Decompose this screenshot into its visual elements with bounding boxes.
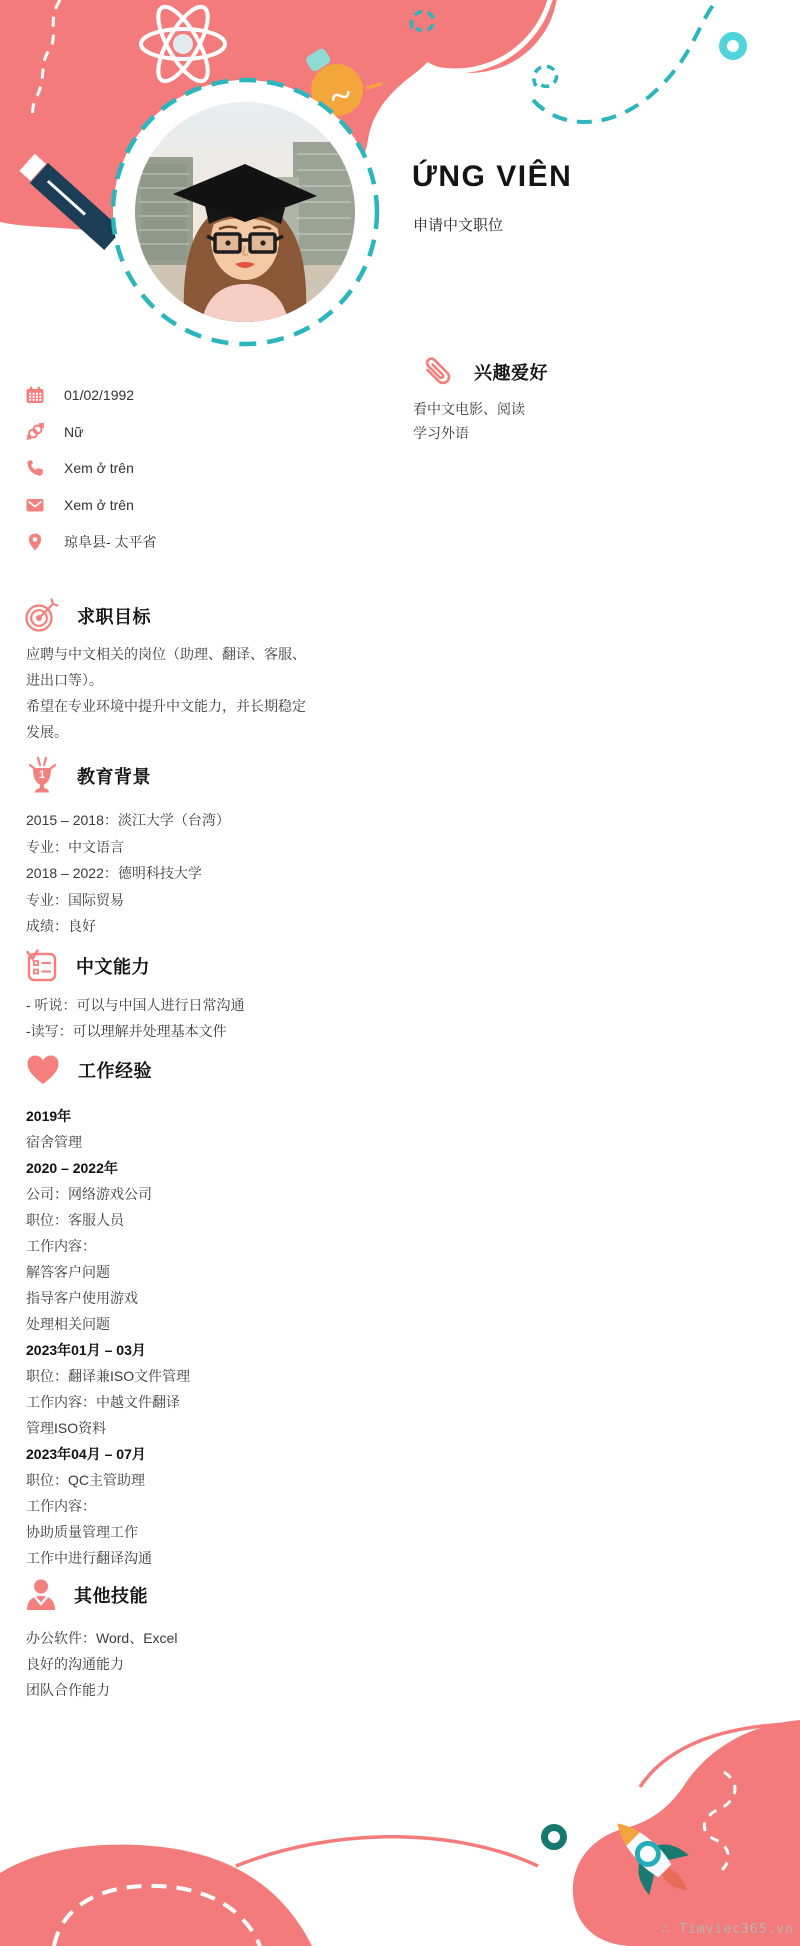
objective-line: 应聘与中文相关的岗位（助理、翻译、客服、 xyxy=(26,641,306,667)
education-line: 专业：国际贸易 xyxy=(26,887,230,914)
section-education-body: 2015 – 2018：淡江大学（台湾） 专业：中文语言 2018 – 2022… xyxy=(26,807,230,940)
experience-line: 职位：客服人员 xyxy=(26,1207,190,1233)
contact-row-birthday: 01/02/1992 xyxy=(26,377,157,414)
coral-dome-bottom-left xyxy=(0,1845,312,1946)
birthday-value: 01/02/1992 xyxy=(64,387,134,403)
experience-line: 处理相关问题 xyxy=(26,1311,190,1337)
experience-line: 工作内容： xyxy=(26,1493,190,1519)
applied-position: 申请中文职位 xyxy=(413,214,503,235)
section-title: 其他技能 xyxy=(74,1582,148,1608)
dashed-curl-small-2 xyxy=(534,66,557,86)
heart-icon xyxy=(24,1053,62,1087)
experience-line: 指导客户使用游戏 xyxy=(26,1285,190,1311)
checklist-icon xyxy=(24,948,60,984)
donut-circle-icon xyxy=(723,36,743,56)
gender-icon xyxy=(26,423,44,441)
email-icon xyxy=(26,496,44,514)
section-title: 中文能力 xyxy=(76,953,150,979)
contact-row-phone: Xem ở trên xyxy=(26,450,157,487)
svg-text:1: 1 xyxy=(39,769,45,781)
experience-line: 解答客户问题 xyxy=(26,1259,190,1285)
education-line: 2018 – 2022：德明科技大学 xyxy=(26,860,230,887)
experience-line: 职位：翻译兼ISO文件管理 xyxy=(26,1363,190,1389)
section-skills-header: 其他技能 xyxy=(24,1577,148,1613)
bottom-decoration xyxy=(0,1634,800,1946)
contact-row-gender: Nữ xyxy=(26,414,157,451)
section-experience-body: 2019年 宿舍管理 2020 – 2022年 公司：网络游戏公司 职位：客服人… xyxy=(26,1103,190,1571)
experience-line: 公司：网络游戏公司 xyxy=(26,1181,190,1207)
phone-icon xyxy=(26,459,44,477)
section-objective-header: 求职目标 xyxy=(24,597,151,634)
objective-line: 发展。 xyxy=(26,719,306,745)
section-interests-header: 兴趣爱好 xyxy=(418,352,548,392)
chinese-line: -读写：可以理解并处理基本文件 xyxy=(26,1018,245,1044)
experience-line: 管理ISO资料 xyxy=(26,1415,190,1441)
contact-row-email: Xem ở trên xyxy=(26,487,157,524)
calendar-icon xyxy=(26,386,44,404)
section-title: 兴趣爱好 xyxy=(474,359,548,385)
email-value: Xem ở trên xyxy=(64,497,134,513)
section-objective-body: 应聘与中文相关的岗位（助理、翻译、客服、 进出口等）。 希望在专业环境中提升中文… xyxy=(26,641,306,745)
interest-line: 看中文电影、阅读 xyxy=(413,398,525,422)
education-line: 专业：中文语言 xyxy=(26,834,230,861)
experience-line: 协助质量管理工作 xyxy=(26,1519,190,1545)
location-icon xyxy=(26,533,44,551)
graduate-portrait-illustration xyxy=(135,102,355,322)
coral-blob-bottom-right xyxy=(573,1720,800,1946)
dashed-curve xyxy=(533,4,714,122)
education-line: 2015 – 2018：淡江大学（台湾） xyxy=(26,807,230,834)
experience-line: 工作内容： xyxy=(26,1233,190,1259)
profile-photo xyxy=(135,102,355,322)
coral-thin-arc-left xyxy=(236,1837,538,1866)
section-title: 工作经验 xyxy=(78,1057,152,1083)
location-value: 琼阜县- 太平省 xyxy=(64,532,157,552)
education-line: 成绩：良好 xyxy=(26,913,230,940)
watermark-brand: ∴ Timviec365.vn xyxy=(662,1922,794,1937)
section-interests-body: 看中文电影、阅读 学习外语 xyxy=(413,398,525,445)
experience-line: 工作内容：中越文件翻译 xyxy=(26,1389,190,1415)
interest-line: 学习外语 xyxy=(413,422,525,446)
experience-line: 2019年 xyxy=(26,1103,190,1129)
candidate-name: ỨNG VIÊN xyxy=(412,160,572,194)
experience-line: 工作中进行翻译沟通 xyxy=(26,1545,190,1571)
donut-circle-dark-icon xyxy=(545,1828,564,1847)
contact-row-location: 琼阜县- 太平省 xyxy=(26,523,157,560)
experience-line: 职位：QC主管助理 xyxy=(26,1467,190,1493)
experience-line: 宿舍管理 xyxy=(26,1129,190,1155)
target-icon xyxy=(24,597,61,634)
contact-info: 01/02/1992 Nữ Xem ở trên Xem ở trên xyxy=(26,377,157,560)
paperclip-icon xyxy=(418,352,458,392)
trophy-icon: 1 xyxy=(24,755,61,797)
section-education-header: 1 教育背景 xyxy=(24,755,151,797)
section-chinese-header: 中文能力 xyxy=(24,948,150,984)
section-chinese-body: - 听说：可以与中国人进行日常沟通 -读写：可以理解并处理基本文件 xyxy=(26,992,245,1044)
person-icon xyxy=(24,1577,58,1613)
phone-value: Xem ở trên xyxy=(64,460,134,476)
section-experience-header: 工作经验 xyxy=(24,1053,152,1087)
experience-line: 2023年01月 – 03月 xyxy=(26,1337,190,1363)
section-title: 求职目标 xyxy=(77,603,151,629)
experience-line: 2023年04月 – 07月 xyxy=(26,1441,190,1467)
gender-value: Nữ xyxy=(64,424,83,440)
experience-line: 2020 – 2022年 xyxy=(26,1155,190,1181)
chinese-line: - 听说：可以与中国人进行日常沟通 xyxy=(26,992,245,1018)
section-title: 教育背景 xyxy=(77,763,151,789)
objective-line: 进出口等）。 xyxy=(26,667,306,693)
objective-line: 希望在专业环境中提升中文能力，并长期稳定 xyxy=(26,693,306,719)
